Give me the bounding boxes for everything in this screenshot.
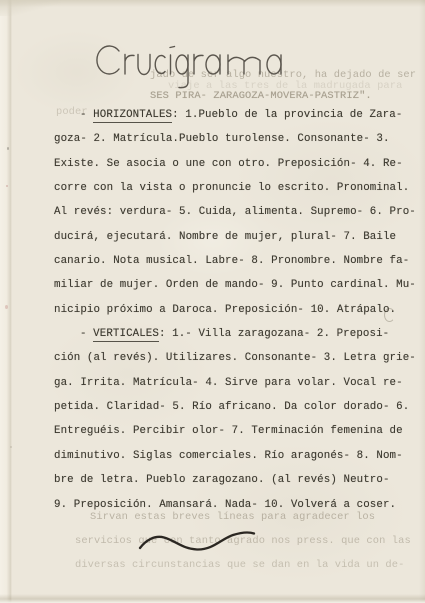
clue-line: Al revés: verdura- 5. Cuida, alimenta. S…	[54, 200, 408, 224]
clue-line: diminutivo. Siglas comerciales. Río arag…	[54, 444, 408, 468]
clue-line: petida. Claridad- 5. Río africano. Da co…	[54, 395, 408, 419]
squiggle-flourish	[133, 525, 258, 555]
typewritten-text: - HORIZONTALES: 1.Pueblo de la provincia…	[54, 103, 408, 517]
paper-speck	[5, 305, 8, 309]
paper-edge-bottom	[0, 594, 425, 603]
title-stroke-path	[97, 46, 281, 88]
paragraph-first-line: - VERTICALES: 1.- Villa zaragozana- 2. P…	[54, 322, 408, 346]
paper-edge-right	[419, 0, 425, 603]
clue-text: : 1.Pueblo de la provincia de Zara-	[172, 109, 402, 121]
clue-line: bre de letra. Pueblo zaragozano. (al rev…	[54, 468, 408, 492]
verticales-heading: VERTICALES	[93, 328, 159, 342]
clue-line: 9. Preposición. Amansará. Nada- 10. Volv…	[54, 493, 408, 517]
paragraph-first-line: - HORIZONTALES: 1.Pueblo de la provincia…	[54, 103, 408, 127]
paper-speck	[7, 147, 9, 150]
paper-speck	[10, 446, 12, 448]
showthrough-line: diversas circunstancias que se dan en la…	[75, 559, 404, 571]
dash: -	[80, 328, 93, 340]
squiggle-stroke	[140, 532, 254, 549]
clue-text: : 1.- Villa zaragozana- 2. Preposi-	[159, 328, 389, 340]
title-letter-strokes	[97, 46, 281, 88]
clue-line: Entreguéis. Percibir olor- 7. Terminació…	[54, 419, 408, 443]
clue-line: corre con la vista o pronuncie lo escrit…	[54, 176, 408, 200]
clue-line: canario. Nota musical. Labre- 8. Pronomb…	[54, 249, 408, 273]
paper-speck	[6, 185, 8, 187]
clue-line: nicipio próximo a Daroca. Preposición- 1…	[54, 298, 408, 322]
clue-line: goza- 2. Matrícula.Pueblo turolense. Con…	[54, 127, 408, 151]
title-a-bowl	[267, 55, 281, 74]
clue-line: Existe. Se asocia o une con otro. Prepos…	[54, 152, 408, 176]
clue-line: ga. Irrita. Matrícula- 4. Sirve para vol…	[54, 371, 408, 395]
horizontales-heading: HORIZONTALES	[93, 109, 172, 123]
paper-edge-left	[0, 0, 12, 603]
title-g-bowl	[176, 55, 188, 74]
paper-corner-shade	[0, 0, 80, 16]
clue-line: ción (al revés). Utilizares. Consonante-…	[54, 346, 408, 370]
title-a-bowl	[206, 55, 220, 74]
dash: -	[80, 109, 93, 121]
clue-line: miliar de mujer. Orden de mando- 9. Punt…	[54, 273, 408, 297]
clue-line: ducirá, ejecutará. Nombre de mujer, plur…	[54, 225, 408, 249]
scanned-page: { "document": { "title": "Crucigrama", "…	[0, 0, 425, 603]
page-title	[93, 42, 293, 94]
